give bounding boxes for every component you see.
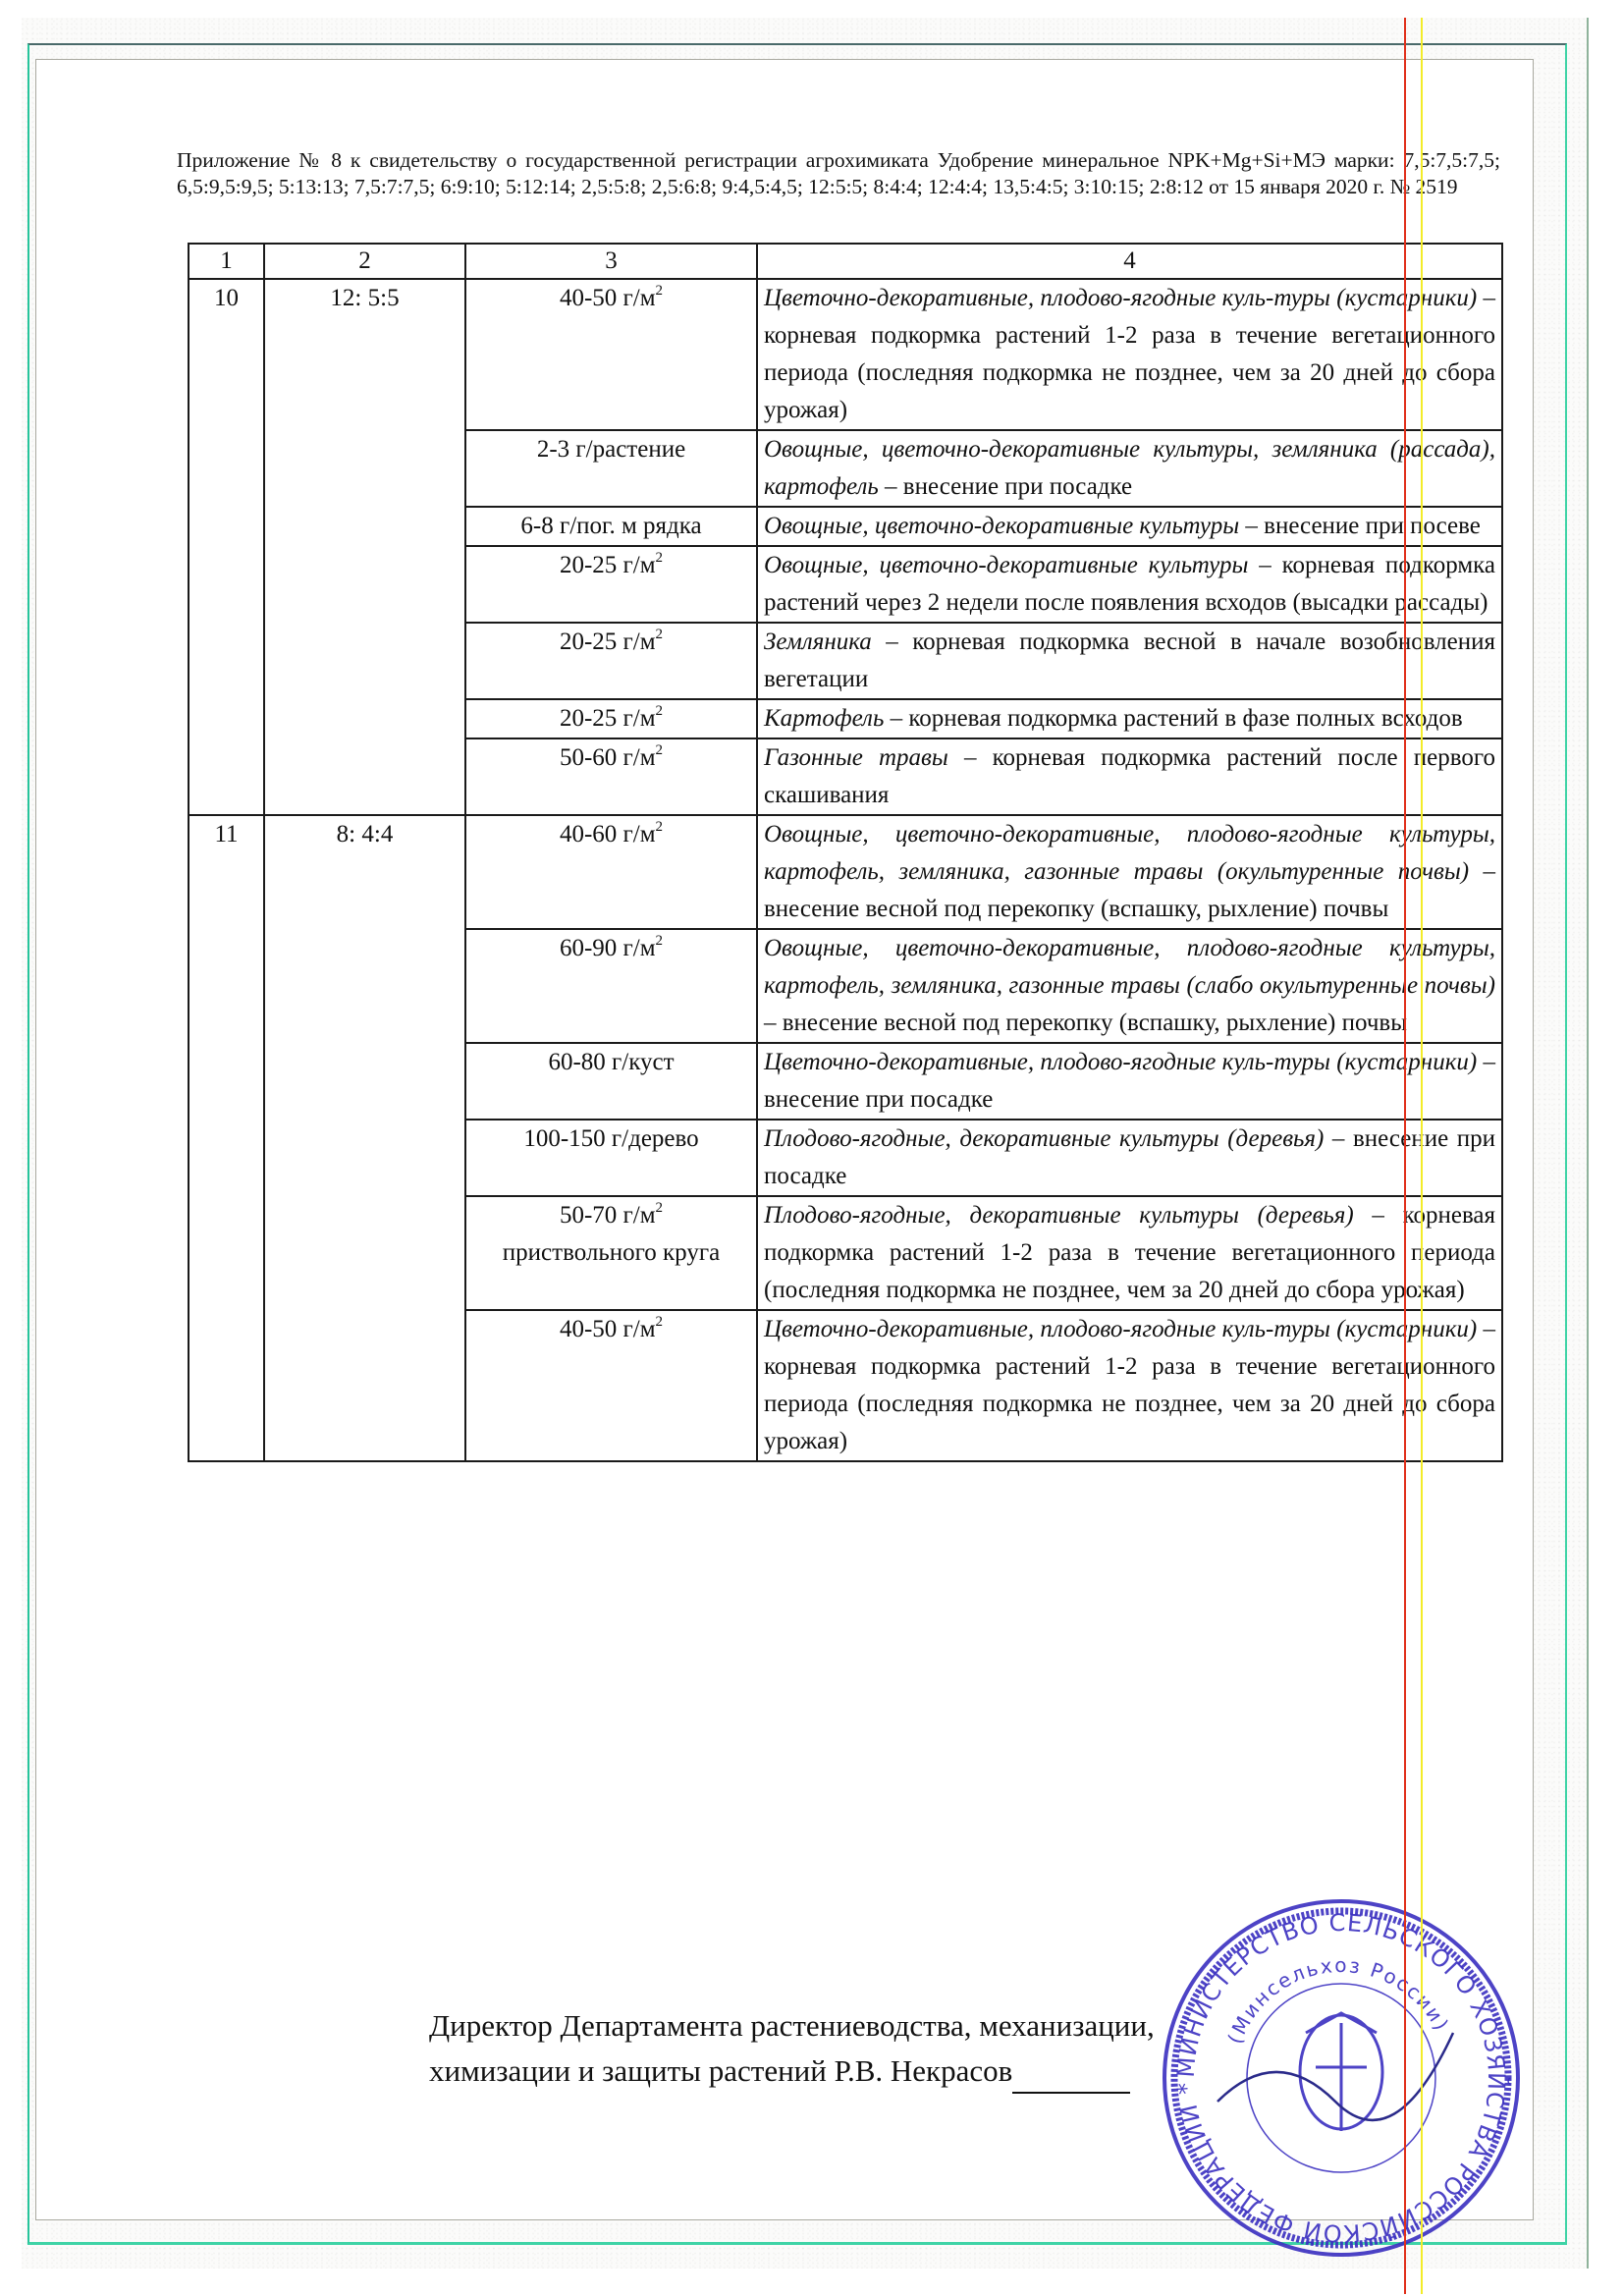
signatory-name: химизации и защиты растений Р.В. Некрасо… (429, 2053, 1012, 2088)
row-number: 11 (189, 815, 264, 1461)
crop-names: Овощные, цветочно-декоративные культуры (764, 513, 1239, 539)
signatory-name-line: химизации и защиты растений Р.В. Некрасо… (429, 2049, 1155, 2094)
column-header: 3 (465, 244, 757, 279)
application-cell: Земляника – корневая подкормка весной в … (757, 623, 1502, 699)
dose-cell: 20-25 г/м2 (465, 699, 757, 738)
column-header: 2 (264, 244, 465, 279)
row-number: 10 (189, 279, 264, 815)
dose-cell: 100-150 г/дерево (465, 1120, 757, 1196)
application-cell: Овощные, цветочно-декоративные культуры … (757, 546, 1502, 623)
signature-block: Директор Департамента растениеводства, м… (429, 2003, 1155, 2094)
crop-names: Плодово-ягодные, декоративные культуры (… (764, 1202, 1354, 1229)
table-row: 118: 4:440-60 г/м2Овощные, цветочно-деко… (189, 815, 1502, 929)
crop-names: Цветочно-декоративные, плодово-ягодные к… (764, 1049, 1477, 1075)
application-cell: Цветочно-декоративные, плодово-ягодные к… (757, 1043, 1502, 1120)
fertilizer-mark: 8: 4:4 (264, 815, 465, 1461)
crop-names: Земляника (764, 629, 872, 655)
stamp-inner-text: (Минсельхоз России) (1222, 1953, 1454, 2047)
crop-names: Цветочно-декоративные, плодово-ягодные к… (764, 285, 1477, 311)
official-stamp-icon: МИНИСТЕРСТВО СЕЛЬСКОГО ХОЗЯЙСТВА РОССИЙС… (1159, 1895, 1524, 2261)
column-header: 1 (189, 244, 264, 279)
application-cell: Овощные, цветочно-декоративные, плодово-… (757, 929, 1502, 1043)
application-cell: Картофель – корневая подкормка растений … (757, 699, 1502, 738)
scan-artifact-line (1421, 18, 1423, 2294)
crop-names: Картофель (764, 705, 884, 732)
table-row: 1012: 5:540-50 г/м2Цветочно-декоративные… (189, 279, 1502, 430)
crop-names: Плодово-ягодные, декоративные культуры (… (764, 1125, 1324, 1152)
dose-cell: 2-3 г/растение (465, 430, 757, 507)
application-cell: Овощные, цветочно-декоративные культуры … (757, 507, 1502, 546)
document-header: Приложение № 8 к свидетельству о государ… (177, 147, 1500, 200)
signature-line (1012, 2064, 1130, 2094)
dose-cell: 60-80 г/куст (465, 1043, 757, 1120)
application-cell: Овощные, цветочно-декоративные культуры,… (757, 430, 1502, 507)
svg-text:(Минсельхоз России): (Минсельхоз России) (1222, 1953, 1454, 2047)
crop-names: Овощные, цветочно-декоративные культуры,… (764, 436, 1495, 500)
signatory-title: Директор Департамента растениеводства, м… (429, 2003, 1155, 2049)
dose-cell: 50-70 г/м2приствольного круга (465, 1196, 757, 1310)
scan-artifact-line (1404, 18, 1406, 2294)
application-cell: Овощные, цветочно-декоративные, плодово-… (757, 815, 1502, 929)
column-header: 4 (757, 244, 1502, 279)
table-header-row: 1 2 3 4 (189, 244, 1502, 279)
crop-names: Газонные травы (764, 744, 948, 771)
crop-names: Цветочно-декоративные, плодово-ягодные к… (764, 1316, 1477, 1342)
dose-cell: 50-60 г/м2 (465, 738, 757, 815)
application-cell: Газонные травы – корневая подкормка раст… (757, 738, 1502, 815)
table-body: 1012: 5:540-50 г/м2Цветочно-декоративные… (189, 279, 1502, 1461)
application-cell: Цветочно-декоративные, плодово-ягодные к… (757, 279, 1502, 430)
dosage-table: 1 2 3 4 1012: 5:540-50 г/м2Цветочно-деко… (188, 243, 1503, 1462)
dose-cell: 40-50 г/м2 (465, 279, 757, 430)
application-cell: Плодово-ягодные, декоративные культуры (… (757, 1120, 1502, 1196)
crop-names: Овощные, цветочно-декоративные культуры (764, 552, 1248, 578)
dose-cell: 20-25 г/м2 (465, 546, 757, 623)
crop-names: Овощные, цветочно-декоративные, плодово-… (764, 821, 1495, 885)
crop-names: Овощные, цветочно-декоративные, плодово-… (764, 935, 1495, 999)
application-cell: Плодово-ягодные, декоративные культуры (… (757, 1196, 1502, 1310)
dose-cell: 6-8 г/пог. м рядка (465, 507, 757, 546)
dose-cell: 40-60 г/м2 (465, 815, 757, 929)
dose-cell: 40-50 г/м2 (465, 1310, 757, 1461)
dose-cell: 20-25 г/м2 (465, 623, 757, 699)
fertilizer-mark: 12: 5:5 (264, 279, 465, 815)
application-cell: Цветочно-декоративные, плодово-ягодные к… (757, 1310, 1502, 1461)
dose-cell: 60-90 г/м2 (465, 929, 757, 1043)
